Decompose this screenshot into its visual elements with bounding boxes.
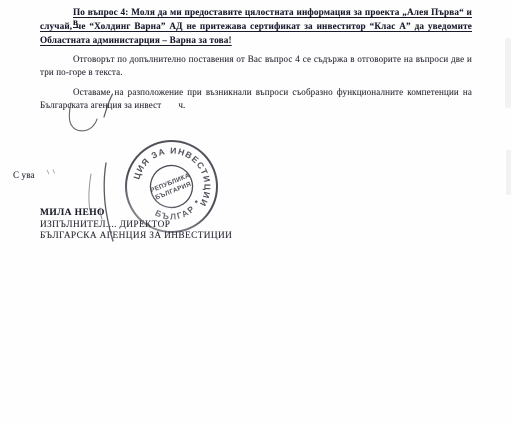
body-paragraph2-line-1: Отговорът по допълнително поставения от … <box>40 54 472 64</box>
heading-line-2: случай, че “Холдинг Варна” АД не притежа… <box>40 21 472 31</box>
scan-edge-artifact <box>505 38 511 108</box>
agency-round-stamp: ЦИЯ ЗА ИНВЕСТИЦИИ БЪЛГАР * РЕПУБЛИКА БЪЛ… <box>123 138 220 235</box>
scanned-letter-page: По въпрос 4: Моля да ми предоставите цял… <box>0 0 512 426</box>
heading-line-3: Областната администарция – Варна за това… <box>40 35 472 45</box>
closing-salutation: С ува <box>13 170 133 180</box>
signatory-organization: БЪЛГАРСКА АГЕНЦИЯ ЗА ИНВЕСТИЦИИ <box>40 231 472 241</box>
body-paragraph2-line-2: три по-горе в текста. <box>40 67 472 77</box>
scan-edge-artifact <box>506 150 511 195</box>
signatory-name: МИЛА НЕНО <box>40 208 472 218</box>
paragraph3-prefix: Българската агенция за инвест <box>40 100 161 110</box>
body-paragraph3-line-2: Българската агенция за инвестч. <box>40 100 472 110</box>
paragraph3-suffix: ч. <box>178 100 185 110</box>
signatory-title: ИЗПЪЛНИТЕЛ.... ДИРЕКТОР <box>40 220 472 230</box>
body-paragraph3-line-1: Оставаме на разположение при възникнали … <box>40 87 472 97</box>
stamp-seal-graphic: ЦИЯ ЗА ИНВЕСТИЦИИ БЪЛГАР * РЕПУБЛИКА БЪЛ… <box>123 138 220 235</box>
